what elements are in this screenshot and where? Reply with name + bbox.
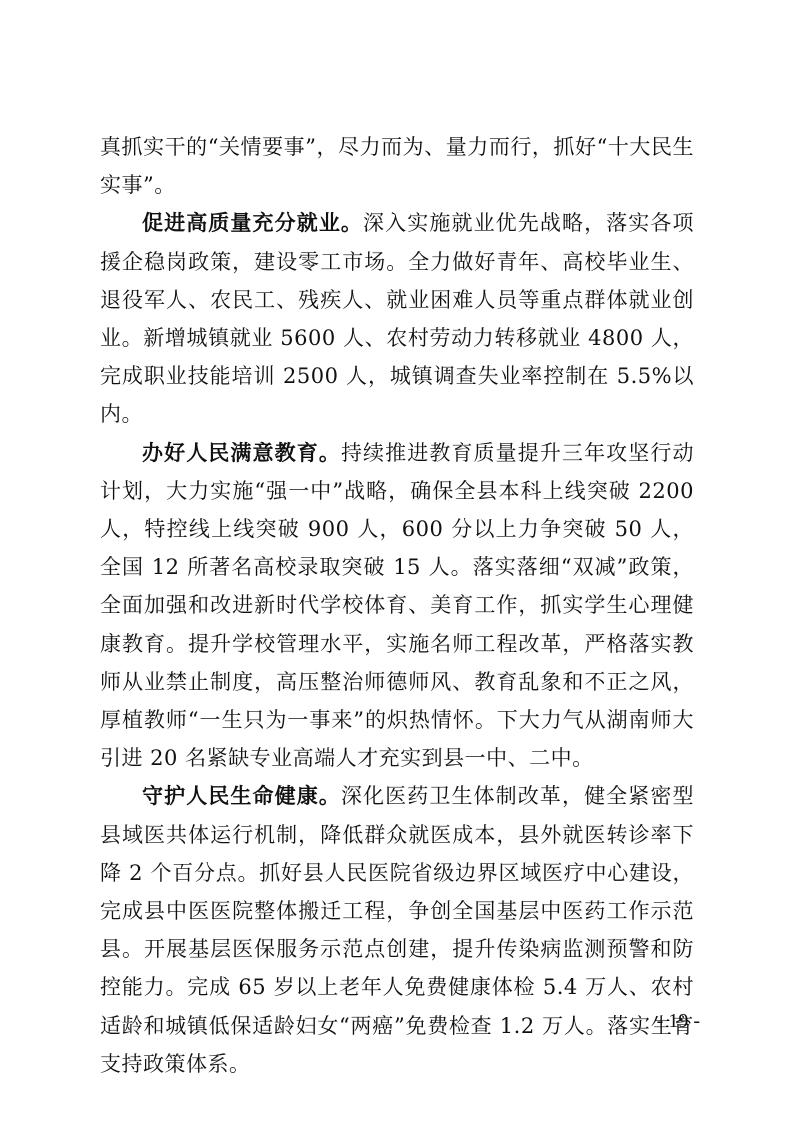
paragraph-heading: 守护人民生命健康。 [142, 784, 341, 808]
paragraph-employment: 促进高质量充分就业。深入实施就业优先战略，落实各项援企稳岗政策，建设零工市场。全… [100, 204, 694, 433]
paragraph-text: 真抓实干的“关情要事”，尽力而为、量力而行，抓好“十大民生实事”。 [100, 135, 694, 197]
document-body: 真抓实干的“关情要事”，尽力而为、量力而行，抓好“十大民生实事”。 促进高质量充… [100, 128, 694, 1083]
page-number: - 19 - [640, 1010, 700, 1033]
paragraph-text: 持续推进教育质量提升三年攻坚行动计划，大力实施“强一中”战略，确保全县本科上线突… [100, 441, 694, 771]
paragraph-text: 深化医药卫生体制改革，健全紧密型县域医共体运行机制，降低群众就医成本，县外就医转… [100, 784, 694, 1075]
paragraph-heading: 办好人民满意教育。 [142, 441, 341, 465]
paragraph-health: 守护人民生命健康。深化医药卫生体制改革，健全紧密型县域医共体运行机制，降低群众就… [100, 777, 694, 1083]
paragraph-text: 深入实施就业优先战略，落实各项援企稳岗政策，建设零工市场。全力做好青年、高校毕业… [100, 211, 694, 426]
paragraph-education: 办好人民满意教育。持续推进教育质量提升三年攻坚行动计划，大力实施“强一中”战略，… [100, 434, 694, 778]
paragraph-heading: 促进高质量充分就业。 [142, 211, 363, 235]
paragraph-intro-continuation: 真抓实干的“关情要事”，尽力而为、量力而行，抓好“十大民生实事”。 [100, 128, 694, 204]
